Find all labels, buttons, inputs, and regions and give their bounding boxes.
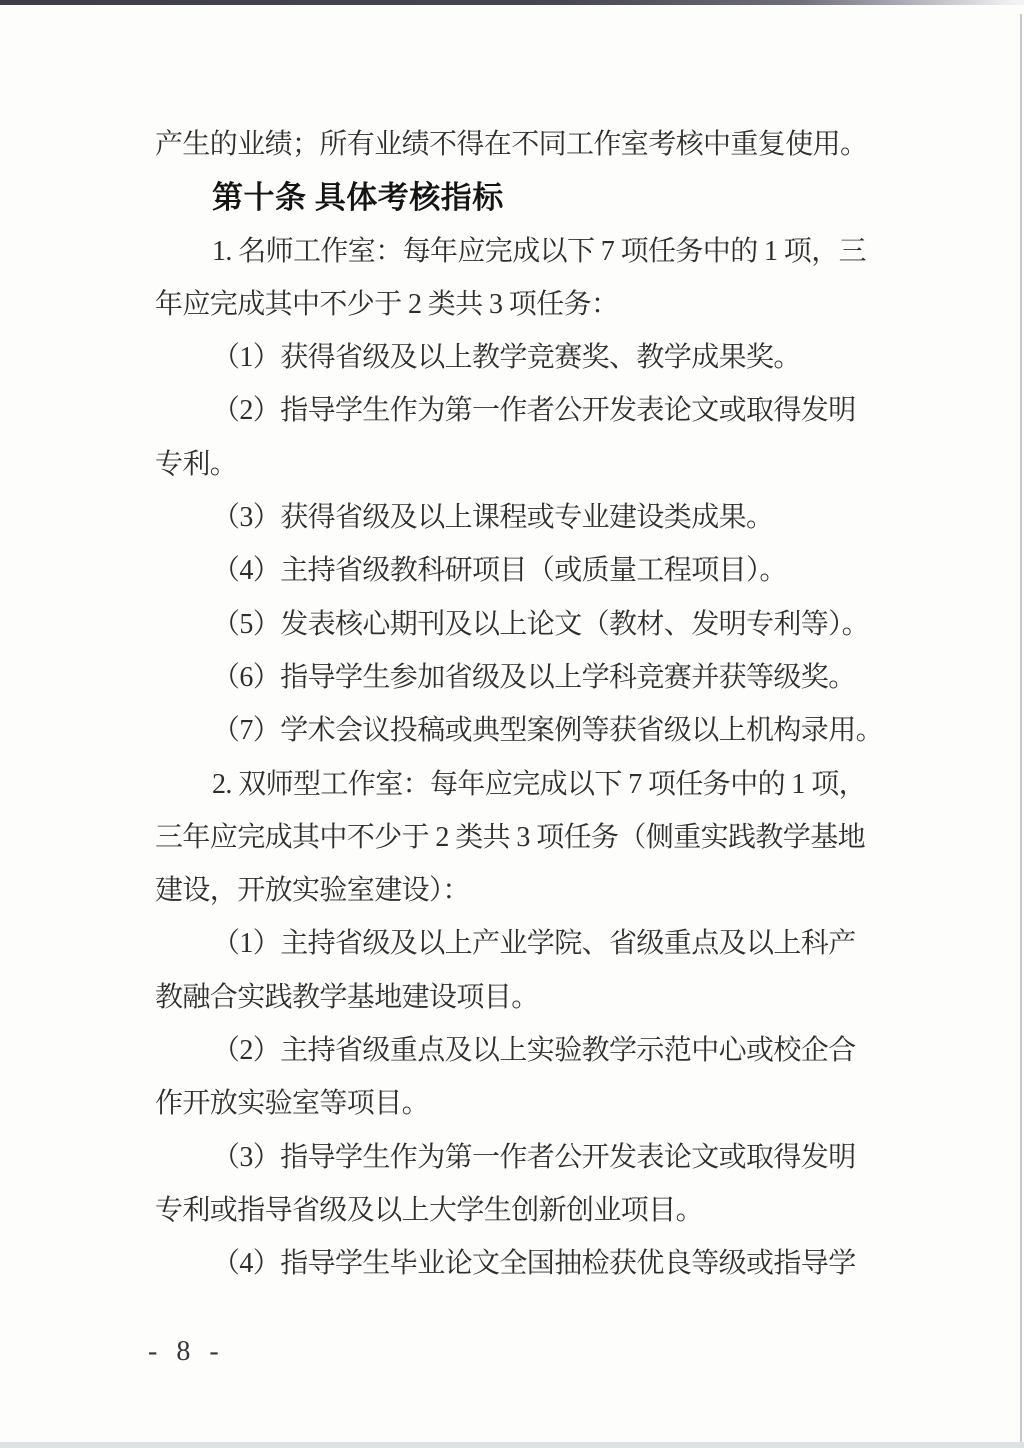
text-line: 年应完成其中不少于 2 类共 3 项任务： [155, 278, 879, 331]
text-line: （2）指导学生作为第一作者公开发表论文或取得发明 [155, 384, 879, 437]
text-line: （3）获得省级及以上课程或专业建设类成果。 [155, 491, 879, 544]
scanned-document-page: 产生的业绩；所有业绩不得在不同工作室考核中重复使用。 第十条 具体考核指标 1.… [0, 0, 1024, 1448]
text-line: 作开放实验室等项目。 [155, 1077, 879, 1130]
text-line: （5）发表核心期刊及以上论文（教材、发明专利等）。 [155, 598, 879, 651]
text-line: 专利。 [155, 438, 879, 491]
scan-edge-right [1020, 14, 1022, 1444]
text-line: （6）指导学生参加省级及以上学科竞赛并获等级奖。 [155, 651, 879, 704]
text-line: 产生的业绩；所有业绩不得在不同工作室考核中重复使用。 [155, 118, 879, 171]
text-line: （7）学术会议投稿或典型案例等获省级以上机构录用。 [155, 704, 879, 757]
text-line: （1）主持省级及以上产业学院、省级重点及以上科产 [155, 917, 879, 970]
text-line: （1）获得省级及以上教学竞赛奖、教学成果奖。 [155, 331, 879, 384]
article-heading: 第十条 具体考核指标 [155, 171, 879, 224]
scan-edge-top [0, 0, 1024, 5]
text-line: （2）主持省级重点及以上实验教学示范中心或校企合 [155, 1024, 879, 1077]
text-line: 教融合实践教学基地建设项目。 [155, 971, 879, 1024]
text-line: 三年应完成其中不少于 2 类共 3 项任务（侧重实践教学基地 [155, 811, 879, 864]
page-number: - 8 - [148, 1336, 225, 1368]
text-line: 建设，开放实验室建设）： [155, 864, 879, 917]
document-body: 产生的业绩；所有业绩不得在不同工作室考核中重复使用。 第十条 具体考核指标 1.… [155, 118, 879, 1291]
text-line: （4）主持省级教科研项目（或质量工程项目）。 [155, 544, 879, 597]
text-line: （3）指导学生作为第一作者公开发表论文或取得发明 [155, 1131, 879, 1184]
text-line: 2. 双师型工作室：每年应完成以下 7 项任务中的 1 项， [155, 758, 879, 811]
text-line: 1. 名师工作室：每年应完成以下 7 项任务中的 1 项，三 [155, 225, 879, 278]
text-line: （4）指导学生毕业论文全国抽检获优良等级或指导学 [155, 1237, 879, 1290]
text-line: 专利或指导省级及以上大学生创新创业项目。 [155, 1184, 879, 1237]
scan-edge-bottom [0, 1442, 1024, 1448]
